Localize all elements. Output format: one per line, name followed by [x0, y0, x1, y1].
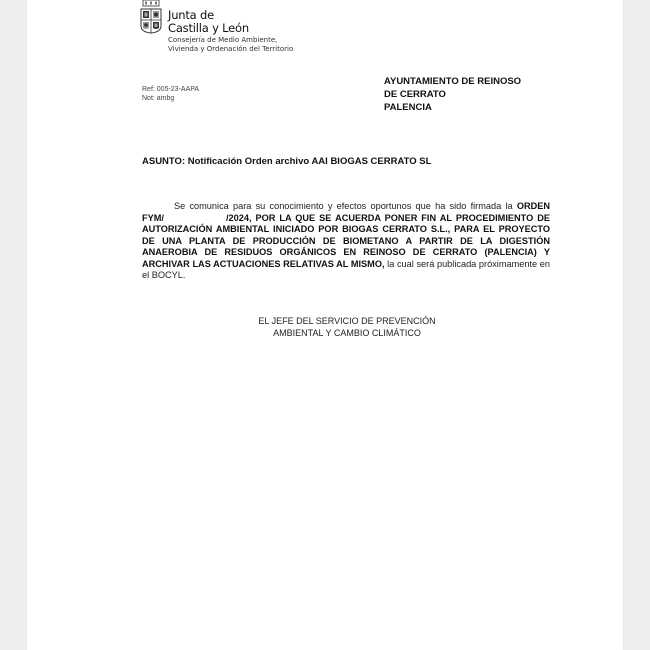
body-paragraph: Se comunica para su conocimiento y efect… [142, 201, 550, 282]
document-viewer: Junta de Castilla y León Consejería de M… [0, 0, 650, 650]
signature-block: EL JEFE DEL SERVICIO DE PREVENCIÓN AMBIE… [240, 315, 454, 339]
coat-of-arms-icon [140, 0, 162, 34]
department-name: Consejería de Medio Ambiente, Vivienda y… [168, 36, 293, 54]
reference-number: Ref: 005-23-AAPA [142, 85, 199, 94]
reference-block: Ref: 005-23-AAPA Not: ambg [142, 85, 199, 103]
organization-name: Junta de Castilla y León [168, 9, 249, 35]
letterhead: Junta de Castilla y León Consejería de M… [140, 0, 340, 55]
subject-line: ASUNTO: Notificación Orden archivo AAI B… [142, 156, 431, 167]
document-page: Junta de Castilla y León Consejería de M… [27, 0, 623, 650]
recipient-address: AYUNTAMIENTO DE REINOSO DE CERRATO PALEN… [384, 75, 521, 114]
notification-code: Not: ambg [142, 94, 199, 103]
